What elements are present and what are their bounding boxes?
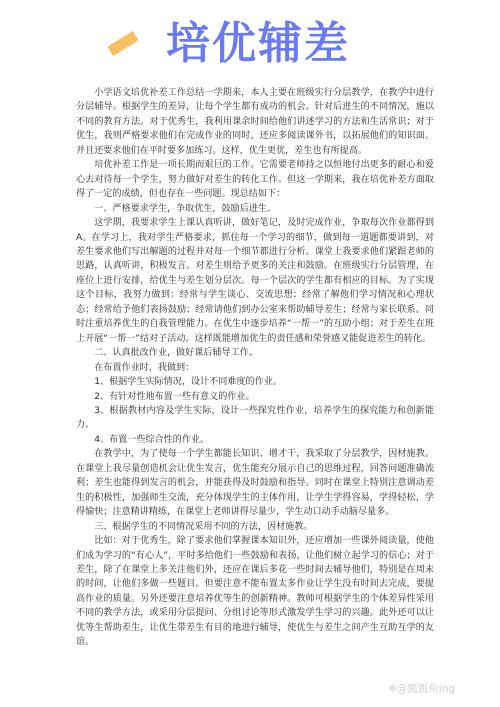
page-title: 培优辅差 — [166, 18, 350, 70]
paragraph: 比如：对于优秀生，除了要求他们掌握课本知识外，还应增加一些课外阅读量，使他们成为… — [76, 534, 434, 650]
list-item: 3、根据教材内容及学生实际，设计一些探究性作业，培养学生的探究能力和创新能力。 — [76, 404, 434, 433]
paragraph: 培优补差工作是一项长期而艰巨的工作。它需要老师持之以恒地付出更多的耐心和爱心去对… — [76, 158, 434, 201]
list-item: 1、根据学生实际情况，设计不同难度的作业。 — [76, 375, 434, 389]
list-item: 2、有针对性地布置一些有意义的作业。 — [76, 390, 434, 404]
section-heading: 三、根据学生的不同情况采用不同的方法，因材施教。 — [76, 520, 434, 534]
paragraph: 这学期，我要求学生上课认真听讲，做好笔记，及时完成作业，争取每次作业都得到 A。… — [76, 216, 434, 346]
paragraph: 在教学中，为了使每一个学生都能长知识、增才干，我采取了分层教学，因材施教。在课堂… — [76, 447, 434, 519]
document-body: 小学语文培优补差工作总结一学期来，本人主要在班级实行分层教学，在教学中进行分层辅… — [76, 86, 434, 650]
paragraph: 在布置作业时，我做到： — [76, 361, 434, 375]
list-item: 4、布置一些综合性的作业。 — [76, 433, 434, 447]
section-heading: 一、严格要求学生，争取优生，鼓励后进生。 — [76, 202, 434, 216]
paragraph: 小学语文培优补差工作总结一学期来，本人主要在班级实行分层教学，在教学中进行分层辅… — [76, 86, 434, 158]
decoration-bar — [107, 31, 138, 56]
watermark: ※@瓢瓢鱼ing — [388, 681, 455, 696]
section-heading: 二、认真批改作业，做好课后辅导工作。 — [76, 346, 434, 360]
